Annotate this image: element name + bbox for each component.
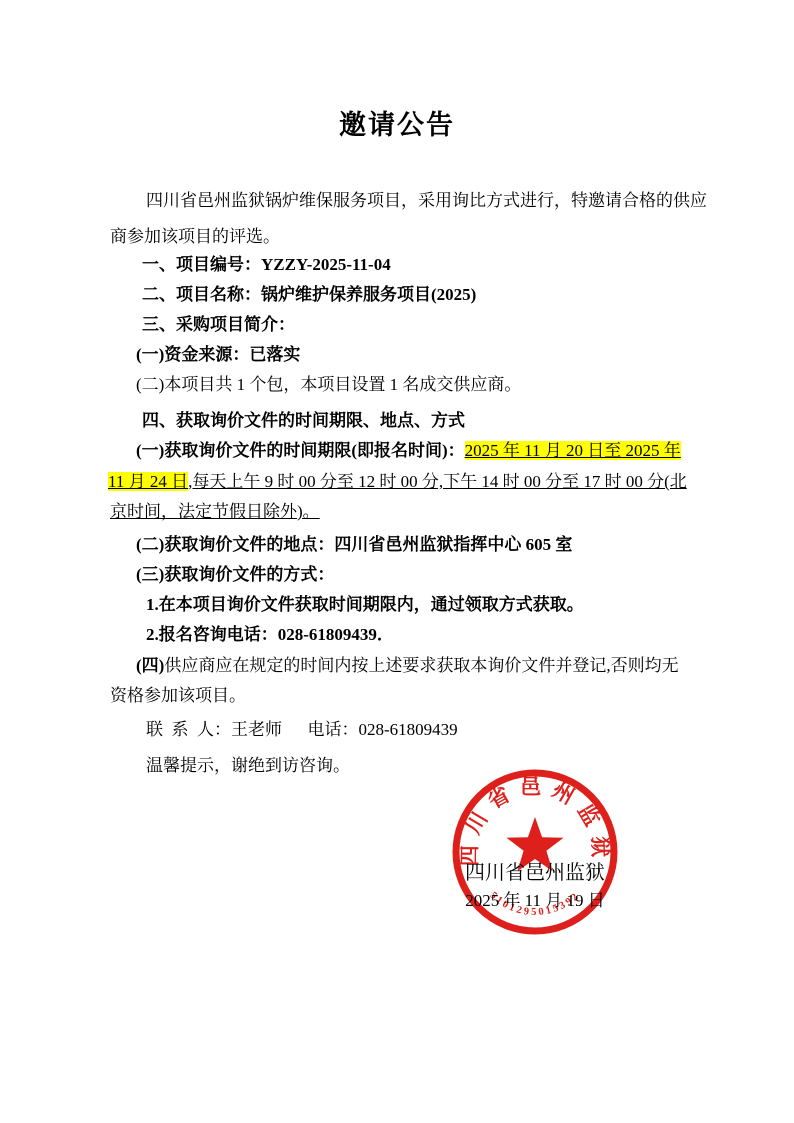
item-4-sub-4-registration: (四)供应商应在规定的时间内按上述要求获取本询价文件并登记,否则均无	[136, 655, 679, 677]
time-detail-text-2: 京时间，法定节假日除外)。	[110, 502, 320, 521]
document-page: 邀请公告 四川省邑州监狱锅炉维保服务项目，采用询比方式进行，特邀请合格的供应 商…	[0, 0, 794, 1123]
intro-line-2: 商参加该项目的评选。	[110, 226, 280, 248]
notice-line: 温馨提示，谢绝到访咨询。	[146, 755, 350, 777]
time-limit-label: (一)获取询价文件的时间期限(即报名时间)：	[136, 441, 465, 460]
item-4-sub-1-time-limit: (一)获取询价文件的时间期限(即报名时间)：2025 年 11 月 20 日至 …	[136, 440, 681, 462]
item-4-sub-3-method: (三)获取询价文件的方式：	[136, 564, 334, 586]
contact-line: 联 系 人：王老师 电话：028-61809439	[146, 719, 458, 741]
item-4-sub-2-location: (二)获取询价文件的地点：四川省邑州监狱指挥中心 605 室	[136, 534, 572, 556]
date-range-highlight-2: 11 月 24 日	[108, 472, 188, 491]
intro-line-1: 四川省邑州监狱锅炉维保服务项目，采用询比方式进行，特邀请合格的供应	[146, 190, 707, 212]
item-4-sub-1-time-limit-end: 京时间，法定节假日除外)。	[110, 501, 320, 523]
date-range-highlight-1: 2025 年 11 月 20 日至 2025 年	[465, 441, 681, 460]
page-title: 邀请公告	[0, 103, 794, 142]
item-1-project-number: 一、项目编号：YZZY-2025-11-04	[142, 254, 391, 276]
item-4-sub-3-point-2-phone: 2.报名咨询电话：028-61809439．	[146, 624, 394, 646]
item-2-project-name: 二、项目名称：锅炉维护保养服务项目(2025)	[142, 284, 476, 306]
seal-organization-text: 四川省邑州监狱	[447, 856, 623, 885]
item-4-sub-4-cont: 资格参加该项目。	[110, 685, 246, 707]
item-4-sub-4-text: 供应商应在规定的时间内按上述要求获取本询价文件并登记,否则均无	[164, 656, 678, 675]
seal-date-text: 2025 年 11 月 19 日	[447, 886, 623, 911]
time-detail-text: ,每天上午 9 时 00 分至 12 时 00 分,下午 14 时 00 分至 …	[188, 472, 687, 491]
item-3-sub-2-packages: (二)本项目共 1 个包，本项目设置 1 名成交供应商。	[136, 374, 521, 396]
item-4-sub-3-point-1: 1.在本项目询价文件获取时间期限内，通过领取方式获取。	[146, 594, 584, 616]
item-4-sub-4-prefix: (四)	[136, 656, 164, 675]
item-3-project-intro: 三、采购项目简介：	[142, 314, 295, 336]
item-4-sub-1-time-limit-cont: 11 月 24 日,每天上午 9 时 00 分至 12 时 00 分,下午 14…	[108, 471, 687, 493]
item-3-sub-1-funding: (一)资金来源：已落实	[136, 344, 300, 366]
item-4-heading: 四、获取询价文件的时间期限、地点、方式	[142, 410, 465, 432]
official-seal-stamp: 四川省邑州监狱 5101295015392	[447, 766, 623, 942]
